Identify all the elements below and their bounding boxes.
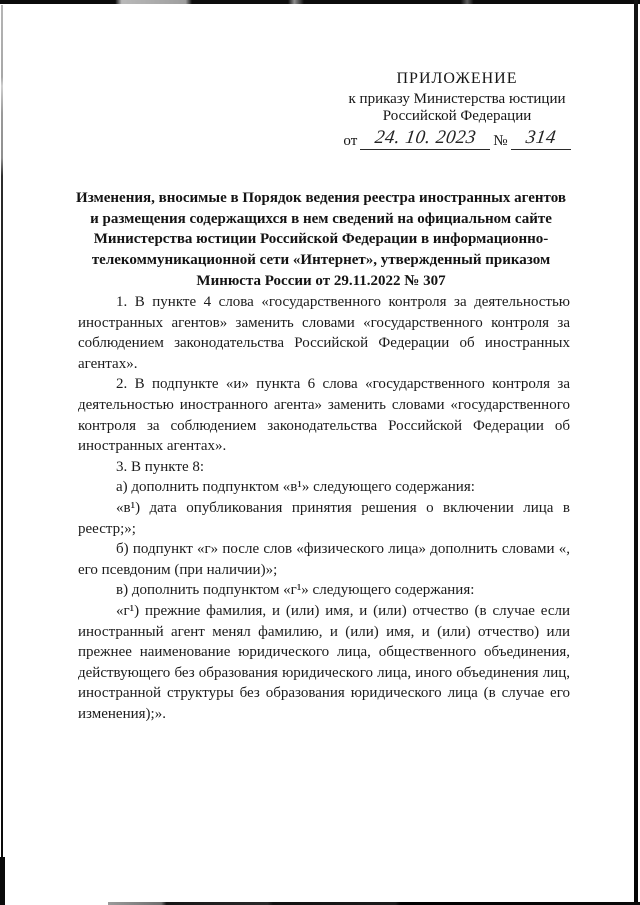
scanned-document-page: ПРИЛОЖЕНИЕ к приказу Министерства юстици… xyxy=(0,0,640,905)
date-prefix-label: от xyxy=(343,133,357,151)
scan-edge-top xyxy=(0,0,640,4)
paragraph-3a-content: «в¹) дата опубликования принятия решения… xyxy=(78,498,570,539)
paragraph-3b: б) подпункт «г» после слов «физического … xyxy=(78,539,570,580)
paragraph-1: 1. В пункте 4 слова «государственного ко… xyxy=(78,292,570,374)
paragraph-3a: а) дополнить подпунктом «в¹» следующего … xyxy=(78,477,570,498)
approval-header: ПРИЛОЖЕНИЕ к приказу Министерства юстици… xyxy=(330,70,584,150)
approval-header-line2: к приказу Министерства юстиции xyxy=(330,91,584,109)
approval-header-line3: Российской Федерации xyxy=(330,108,584,126)
handwritten-number-underline: 314 xyxy=(511,130,571,151)
paragraph-3v-content: «г¹) прежние фамилия, и (или) имя, и (ил… xyxy=(78,601,570,725)
paragraph-3: 3. В пункте 8: xyxy=(78,457,570,478)
handwritten-number: 314 xyxy=(525,130,557,145)
handwritten-date-underline: 24. 10. 2023 xyxy=(360,130,490,151)
scan-edge-right xyxy=(634,0,638,905)
scan-edge-left-bottom xyxy=(0,857,5,905)
document-title: Изменения, вносимые в Порядок ведения ре… xyxy=(70,188,572,292)
scan-edge-left xyxy=(1,5,3,905)
paragraph-3v: в) дополнить подпунктом «г¹» следующего … xyxy=(78,580,570,601)
handwritten-date: 24. 10. 2023 xyxy=(374,130,477,145)
number-sign-label: № xyxy=(493,133,507,151)
order-date-line: от 24. 10. 2023 № 314 xyxy=(330,130,584,151)
document-body: 1. В пункте 4 слова «государственного ко… xyxy=(78,292,570,724)
approval-header-label: ПРИЛОЖЕНИЕ xyxy=(330,70,584,88)
paragraph-2: 2. В подпункте «и» пункта 6 слова «госуд… xyxy=(78,374,570,456)
